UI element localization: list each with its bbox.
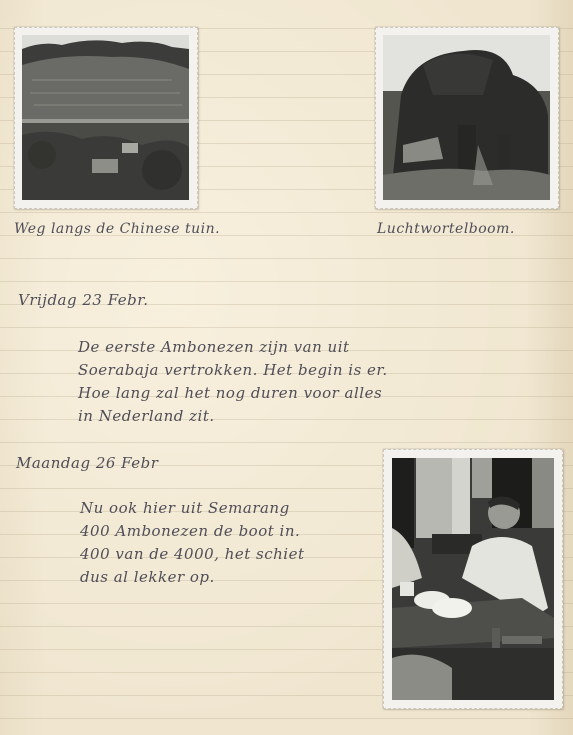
photo-banyan-tree (375, 27, 559, 209)
photo-caption-banyan-tree: Luchtwortelboom. (377, 221, 515, 237)
photo-banyan-tree-image (383, 35, 550, 200)
entry-monday-line-2: 400 Ambonezen de boot in. (80, 522, 300, 540)
photo-man-eating (383, 449, 563, 709)
banyan-tree-illustration (383, 35, 550, 200)
entry-monday-line-3: 400 van de 4000, het schiet (80, 545, 305, 563)
man-eating-illustration (392, 458, 554, 700)
photo-man-eating-image (392, 458, 554, 700)
entry-date-monday: Maandag 26 Febr (16, 454, 158, 472)
entry-friday-line-4: in Nederland zit. (78, 407, 215, 425)
photo-caption-chinese-garden: Weg langs de Chinese tuin. (14, 221, 220, 237)
entry-friday-line-1: De eerste Ambonezen zijn van uit (78, 338, 350, 356)
entry-monday-line-1: Nu ook hier uit Semarang (80, 499, 290, 517)
album-page: Weg langs de Chinese tuin. Luchtwortelbo… (0, 0, 573, 735)
photo-chinese-garden (14, 27, 198, 209)
entry-date-friday: Vrijdag 23 Febr. (18, 291, 149, 309)
hillside-garden-illustration (22, 35, 189, 200)
entry-friday-line-2: Soerabaja vertrokken. Het begin is er. (78, 361, 388, 379)
entry-monday-line-4: dus al lekker op. (80, 568, 215, 586)
photo-chinese-garden-image (22, 35, 189, 200)
entry-friday-line-3: Hoe lang zal het nog duren voor alles (78, 384, 382, 402)
